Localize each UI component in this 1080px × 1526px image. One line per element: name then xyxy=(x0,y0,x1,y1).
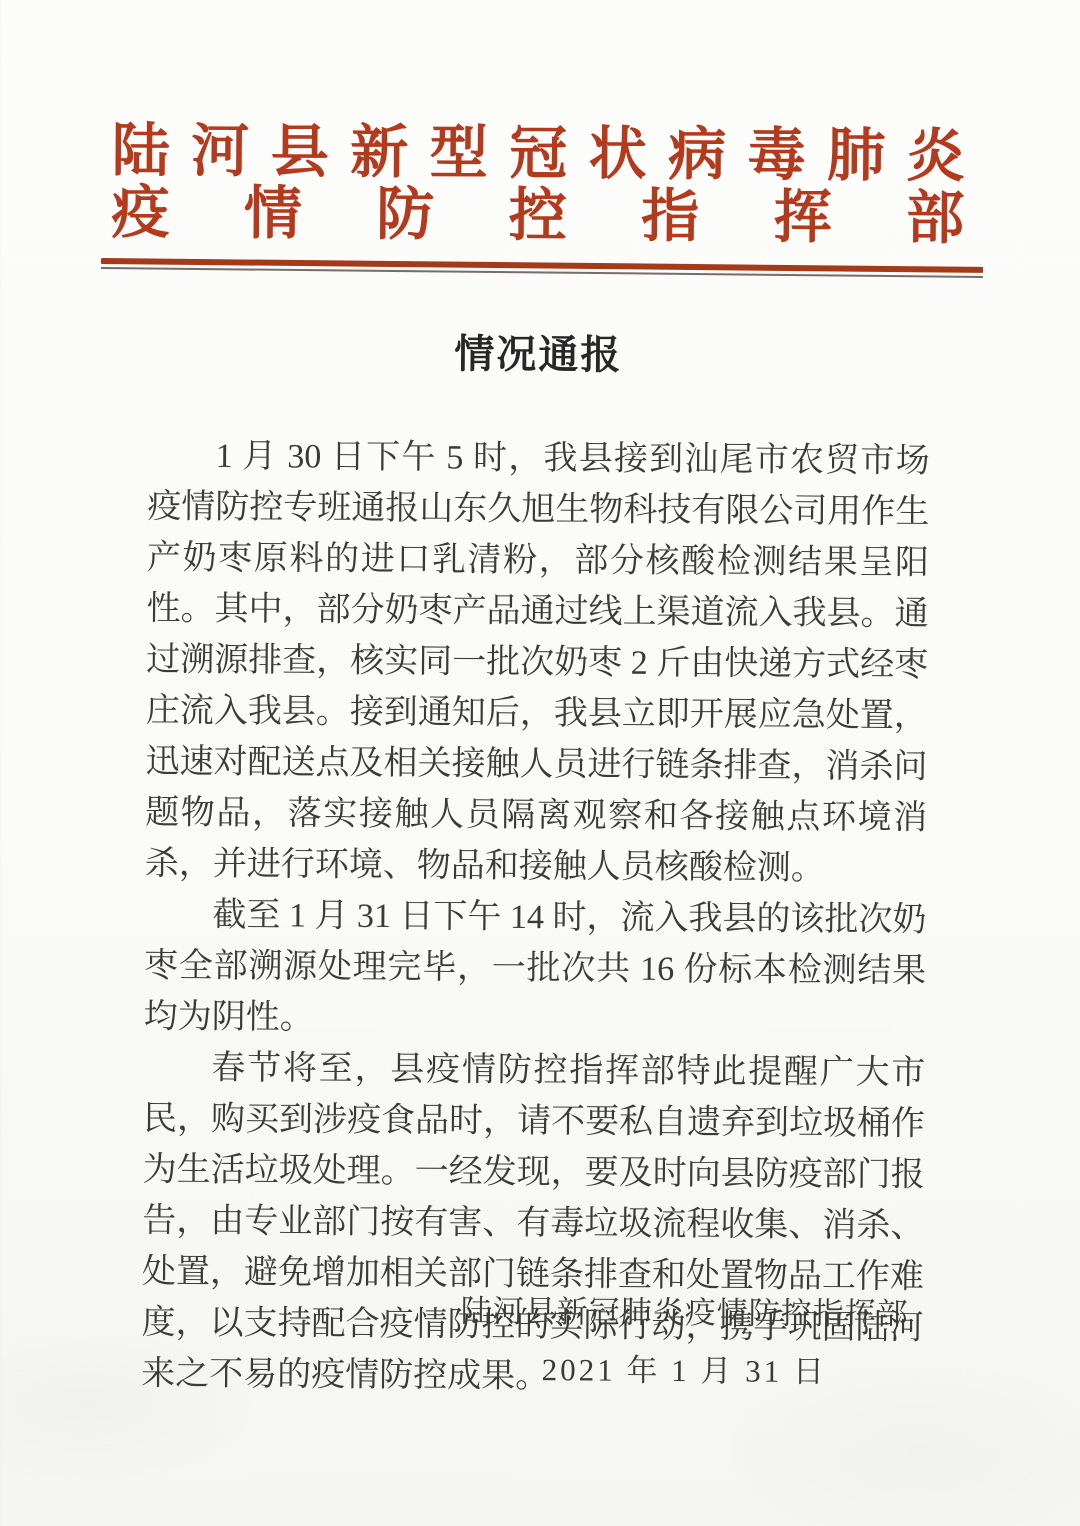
letterhead: 陆河县新型冠状病毒肺炎 疫情防控指挥部 xyxy=(111,120,965,250)
scanned-content: 陆河县新型冠状病毒肺炎 疫情防控指挥部 情况通报 1 月 30 日下午 5 时，… xyxy=(0,0,1080,1526)
signature-date: 2021 年 1 月 31 日 xyxy=(460,1353,908,1390)
document-page: 陆河县新型冠状病毒肺炎 疫情防控指挥部 情况通报 1 月 30 日下午 5 时，… xyxy=(0,0,1080,1526)
document-body: 1 月 30 日下午 5 时，我县接到汕尾市农贸市场疫情防控专班通报山东久旭生物… xyxy=(141,430,930,1404)
letterhead-line1: 陆河县新型冠状病毒肺炎 xyxy=(112,120,965,188)
signature-block: 陆河县新冠肺炎疫情防控指挥部 2021 年 1 月 31 日 xyxy=(460,1295,909,1390)
body-paragraph-2: 截至 1 月 31 日下午 14 时，流入我县的该批次奶枣全部溯源处理完毕，一批… xyxy=(144,889,927,1047)
letterhead-line2: 疫情防控指挥部 xyxy=(111,182,964,250)
document-title: 情况通报 xyxy=(0,319,1079,384)
body-paragraph-1: 1 月 30 日下午 5 时，我县接到汕尾市农贸市场疫情防控专班通报山东久旭生物… xyxy=(145,430,930,894)
red-divider xyxy=(101,258,983,278)
signature-name: 陆河县新冠肺炎疫情防控指挥部 xyxy=(461,1295,909,1332)
